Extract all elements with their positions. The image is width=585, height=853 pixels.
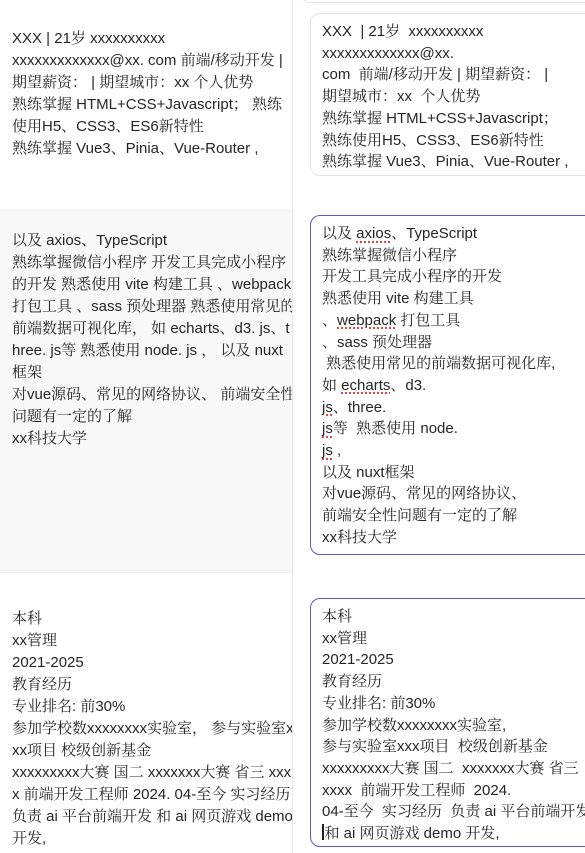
text-line: xx科技大学 <box>322 527 585 549</box>
text-line: 熟悉使用 vite 构建工具 <box>322 288 585 310</box>
text-line: xxxxxxxxxxxxx@xx. com 前端/移动开发 | <box>12 50 288 72</box>
text-segment: xx科技大学 <box>322 529 397 546</box>
spellcheck-word: webpack <box>337 312 396 329</box>
spellcheck-word: axios <box>356 225 391 242</box>
text-line: js , <box>322 440 585 462</box>
text-segment: 等 熟悉使用 node. <box>333 420 458 437</box>
text-line: 、sass 预处理器 <box>322 332 585 354</box>
text-line: 04-至今 实习经历 负责 ai 平台前端开发 <box>322 801 585 823</box>
text-line: 专业排名: 前30% <box>322 693 585 715</box>
edit-text-pane: XXX | 21岁 xxxxxxxxxxxxxxxxxxxxxxx@xx.com… <box>293 0 585 853</box>
text-segment: 熟练掌握 HTML+CSS+Javascript； 熟练 <box>12 96 282 113</box>
text-line: 期望城市：xx 个人优势 <box>322 86 585 108</box>
text-segment: , <box>333 442 341 459</box>
text-line: xxxxxxxxxxxxx@xx. <box>322 43 585 65</box>
text-line: xx科技大学 <box>12 428 288 450</box>
text-line: 和 ai 网页游戏 demo 开发, <box>322 823 585 845</box>
text-segment: 如 <box>322 377 341 394</box>
text-line: 熟练掌握 HTML+CSS+Javascript； 熟练 <box>12 94 288 116</box>
text-line: 问题有一定的了解 <box>12 406 288 428</box>
text-segment: xx项目 校级创新基金 <box>12 742 151 759</box>
edit-box-profile[interactable]: XXX | 21岁 xxxxxxxxxxxxxxxxxxxxxxx@xx.com… <box>310 13 585 176</box>
text-line: 参加学校数xxxxxxxx实验室, <box>322 715 585 737</box>
text-segment: 专业排名: 前30% <box>12 698 125 715</box>
text-line: hree. js等 熟悉使用 node. js ， 以及 nuxt <box>12 340 288 362</box>
text-cursor <box>322 824 324 840</box>
text-line: 对vue源码、常见的网络协议、 前端安全性 <box>12 384 288 406</box>
text-segment: 熟练使用H5、CSS3、ES6新特性 <box>322 132 544 149</box>
text-line: 熟练掌握微信小程序 <box>322 245 585 267</box>
source-section-profile: XXX | 21岁 xxxxxxxxxxxxxxxxxxxxxxx@xx. co… <box>0 0 292 210</box>
text-line: xx项目 校级创新基金 <box>12 740 288 762</box>
text-segment: 开发, <box>12 830 46 847</box>
text-segment: xx科技大学 <box>12 430 87 447</box>
text-line: 负责 ai 平台前端开发 和 ai 网页游戏 demo <box>12 806 288 828</box>
text-segment: 和 ai 网页游戏 demo 开发, <box>325 825 500 842</box>
text-line: 前端数据可视化库， 如 echarts、d3. js、t <box>12 318 288 340</box>
text-line: 、webpack 打包工具 <box>322 310 585 332</box>
text-line: 本科 <box>12 608 288 630</box>
text-line: 以及 nuxt框架 <box>322 462 585 484</box>
edit-box-skills[interactable]: 以及 axios、TypeScript熟练掌握微信小程序开发工具完成小程序的开发… <box>310 215 585 555</box>
text-line: 打包工具 、sass 预处理器 熟悉使用常见的 <box>12 296 288 318</box>
text-segment: 打包工具 <box>396 312 460 329</box>
text-segment: 的开发 熟悉使用 vite 构建工具 、webpack <box>12 276 291 293</box>
text-segment: xx管理 <box>322 630 367 647</box>
text-segment: XXX | 21岁 xxxxxxxxxx <box>322 23 483 40</box>
text-segment: 参加学校数xxxxxxxx实验室， 参与实验室x <box>12 720 292 737</box>
text-segment: 、d3. <box>390 377 426 394</box>
text-segment: 04-至今 实习经历 负责 ai 平台前端开发 <box>322 803 585 820</box>
text-line: xx管理 <box>322 628 585 650</box>
text-segment: 熟练掌握 Vue3、Pinia、Vue-Router , <box>322 153 568 170</box>
text-line: 使用H5、CSS3、ES6新特性 <box>12 116 288 138</box>
source-text-pane: XXX | 21岁 xxxxxxxxxxxxxxxxxxxxxxx@xx. co… <box>0 0 292 853</box>
text-segment: 期望薪资： | 期望城市：xx 个人优势 <box>12 74 253 91</box>
text-segment: xxxx 前端开发工程师 2024. <box>322 782 511 799</box>
text-line: 教育经历 <box>322 671 585 693</box>
text-segment: com 前端/移动开发 | 期望薪资： | <box>322 66 548 83</box>
text-line: xxxxxxxxx大赛 国二 xxxxxxx大赛 省三 xxx <box>12 762 288 784</box>
resume-text-compare-view: XXX | 21岁 xxxxxxxxxxxxxxxxxxxxxxx@xx. co… <box>0 0 585 853</box>
text-line: com 前端/移动开发 | 期望薪资： | <box>322 64 585 86</box>
text-line: XXX | 21岁 xxxxxxxxxx <box>322 21 585 43</box>
text-segment: xxxxxxxxxxxxx@xx. <box>322 45 454 62</box>
text-line: 以及 axios、TypeScript <box>322 223 585 245</box>
text-segment: 教育经历 <box>322 673 382 690</box>
text-segment: 问题有一定的了解 <box>12 408 132 425</box>
text-line: 对vue源码、常见的网络协议、 <box>322 483 585 505</box>
text-line: 专业排名: 前30% <box>12 696 288 718</box>
text-segment: 熟练掌握微信小程序 开发工具完成小程序 <box>12 254 286 271</box>
text-segment: 专业排名: 前30% <box>322 695 435 712</box>
text-line: 熟练掌握 HTML+CSS+Javascript； <box>322 108 585 130</box>
text-line: 开发工具完成小程序的开发 <box>322 266 585 288</box>
text-segment: x 前端开发工程师 2024. 04-至今 实习经历 <box>12 786 290 803</box>
text-segment: 、TypeScript <box>391 225 477 242</box>
text-segment: 本科 <box>12 610 42 627</box>
text-line: 的开发 熟悉使用 vite 构建工具 、webpack <box>12 274 288 296</box>
text-line: XXX | 21岁 xxxxxxxxxx <box>12 28 288 50</box>
text-segment: 2021-2025 <box>322 651 394 668</box>
text-line: 本科 <box>322 606 585 628</box>
edit-box-education[interactable]: 本科xx管理2021-2025教育经历专业排名: 前30%参加学校数xxxxxx… <box>310 598 585 847</box>
text-segment: 熟练掌握微信小程序 <box>322 247 457 264</box>
text-segment: 以及 axios、TypeScript <box>12 232 167 249</box>
text-segment: 打包工具 、sass 预处理器 熟悉使用常见的 <box>12 298 292 315</box>
text-line: 教育经历 <box>12 674 288 696</box>
spellcheck-word: js <box>322 420 333 437</box>
text-line: 熟练掌握 Vue3、Pinia、Vue-Router , <box>12 138 288 160</box>
text-line: x 前端开发工程师 2024. 04-至今 实习经历 <box>12 784 288 806</box>
text-segment: 参加学校数xxxxxxxx实验室, <box>322 717 506 734</box>
text-segment: 熟悉使用常见的前端数据可视化库, <box>322 355 555 372</box>
text-segment: xxxxxxxxxxxxx@xx. com 前端/移动开发 | <box>12 52 283 69</box>
spellcheck-word: js <box>322 442 333 459</box>
source-section-skills: 以及 axios、TypeScript熟练掌握微信小程序 开发工具完成小程序的开… <box>0 210 292 572</box>
text-segment: XXX | 21岁 xxxxxxxxxx <box>12 30 165 47</box>
text-line: 开发, <box>12 828 288 850</box>
text-segment: 、 <box>322 312 337 329</box>
text-line: 熟练使用H5、CSS3、ES6新特性 <box>322 130 585 152</box>
spellcheck-word: js <box>322 399 333 416</box>
text-segment: 期望城市：xx 个人优势 <box>322 88 480 105</box>
spellcheck-word: echarts <box>341 377 390 394</box>
text-segment: 熟练掌握 HTML+CSS+Javascript； <box>322 110 558 127</box>
text-segment: 以及 <box>322 225 356 242</box>
text-segment: 、sass 预处理器 <box>322 334 432 351</box>
text-line: 参与实验室xxx项目 校级创新基金 <box>322 736 585 758</box>
text-line: xx管理 <box>12 630 288 652</box>
text-segment: 2021-2025 <box>12 654 84 671</box>
text-line: 熟练掌握微信小程序 开发工具完成小程序 <box>12 252 288 274</box>
text-segment: xxxxxxxxx大赛 国二 xxxxxxx大赛 省三 <box>322 760 579 777</box>
source-section-education: 本科xx管理2021-2025教育经历专业排名: 前30%参加学校数xxxxxx… <box>0 572 292 853</box>
text-line: 2021-2025 <box>322 649 585 671</box>
text-segment: 负责 ai 平台前端开发 和 ai 网页游戏 demo <box>12 808 292 825</box>
text-segment: 熟练掌握 Vue3、Pinia、Vue-Router , <box>12 140 258 157</box>
text-segment: 以及 nuxt框架 <box>322 464 415 481</box>
text-line: 参加学校数xxxxxxxx实验室， 参与实验室x <box>12 718 288 740</box>
text-segment: 前端安全性问题有一定的了解 <box>322 507 517 524</box>
text-segment: 框架 <box>12 364 42 381</box>
text-line: 如 echarts、d3. <box>322 375 585 397</box>
text-segment: 开发工具完成小程序的开发 <box>322 268 502 285</box>
text-line: 熟练掌握 Vue3、Pinia、Vue-Router , <box>322 151 585 173</box>
text-line: 前端安全性问题有一定的了解 <box>322 505 585 527</box>
text-line: xxxx 前端开发工程师 2024. <box>322 780 585 802</box>
text-line: js、three. <box>322 397 585 419</box>
text-segment: xx管理 <box>12 632 57 649</box>
text-line: 熟悉使用常见的前端数据可视化库, <box>322 353 585 375</box>
text-segment: 参与实验室xxx项目 校级创新基金 <box>322 738 548 755</box>
text-line: 以及 axios、TypeScript <box>12 230 288 252</box>
text-segment: 本科 <box>322 608 352 625</box>
text-segment: 对vue源码、常见的网络协议、 <box>322 485 526 502</box>
text-segment: 熟悉使用 vite 构建工具 <box>322 290 474 307</box>
text-segment: 教育经历 <box>12 676 72 693</box>
text-segment: 使用H5、CSS3、ES6新特性 <box>12 118 204 135</box>
edit-box-previous-cutoff[interactable] <box>300 0 585 3</box>
text-segment: xxxxxxxxx大赛 国二 xxxxxxx大赛 省三 xxx <box>12 764 291 781</box>
text-line: xxxxxxxxx大赛 国二 xxxxxxx大赛 省三 <box>322 758 585 780</box>
text-segment: 、three. <box>333 399 386 416</box>
text-line: 期望薪资： | 期望城市：xx 个人优势 <box>12 72 288 94</box>
text-line: js等 熟悉使用 node. <box>322 418 585 440</box>
text-line: 2021-2025 <box>12 652 288 674</box>
text-segment: hree. js等 熟悉使用 node. js ， 以及 nuxt <box>12 342 283 359</box>
text-segment: 前端数据可视化库， 如 echarts、d3. js、t <box>12 320 290 337</box>
text-segment: 对vue源码、常见的网络协议、 前端安全性 <box>12 386 292 403</box>
text-line: 框架 <box>12 362 288 384</box>
